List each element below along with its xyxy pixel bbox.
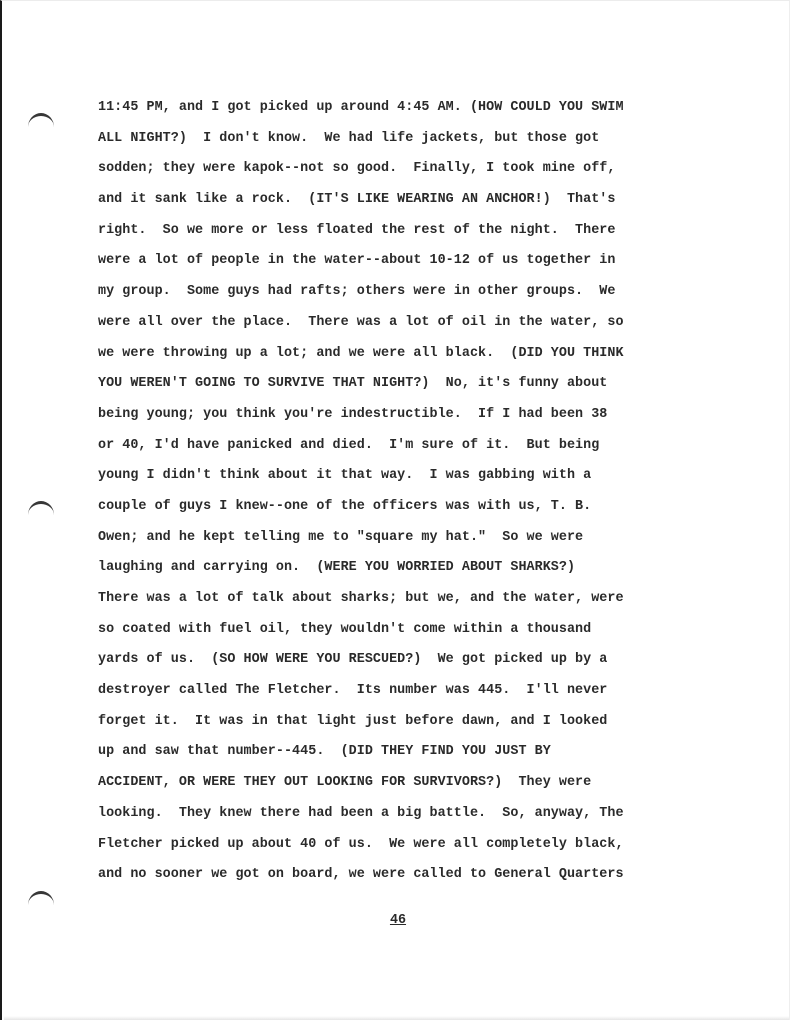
text-line: we were throwing up a lot; and we were a…	[98, 339, 718, 370]
document-page: 11:45 PM, and I got picked up around 4:4…	[0, 0, 790, 1020]
text-line: destroyer called The Fletcher. Its numbe…	[98, 676, 718, 707]
text-line: yards of us. (SO HOW WERE YOU RESCUED?) …	[98, 645, 718, 676]
text-line: couple of guys I knew--one of the office…	[98, 492, 718, 523]
page-number-text: 46	[388, 913, 406, 928]
text-line: Owen; and he kept telling me to "square …	[98, 523, 718, 554]
page-number: 46	[2, 913, 790, 928]
transcript-text: 11:45 PM, and I got picked up around 4:4…	[98, 93, 718, 891]
text-line: were a lot of people in the water--about…	[98, 246, 718, 277]
text-line: up and saw that number--445. (DID THEY F…	[98, 737, 718, 768]
text-line: 11:45 PM, and I got picked up around 4:4…	[98, 93, 718, 124]
text-line: being young; you think you're indestruct…	[98, 400, 718, 431]
text-line: and no sooner we got on board, we were c…	[98, 860, 718, 891]
text-line: right. So we more or less floated the re…	[98, 216, 718, 247]
text-line: There was a lot of talk about sharks; bu…	[98, 584, 718, 615]
hole-punch-mark-icon	[28, 501, 54, 515]
text-line: forget it. It was in that light just bef…	[98, 707, 718, 738]
text-line: laughing and carrying on. (WERE YOU WORR…	[98, 553, 718, 584]
text-line: ALL NIGHT?) I don't know. We had life ja…	[98, 124, 718, 155]
text-line: Fletcher picked up about 40 of us. We we…	[98, 830, 718, 861]
page-bottom-edge	[4, 1016, 789, 1020]
text-line: young I didn't think about it that way. …	[98, 461, 718, 492]
text-line: and it sank like a rock. (IT'S LIKE WEAR…	[98, 185, 718, 216]
text-line: sodden; they were kapok--not so good. Fi…	[98, 154, 718, 185]
hole-punch-mark-icon	[28, 891, 54, 905]
text-line: or 40, I'd have panicked and died. I'm s…	[98, 431, 718, 462]
text-line: so coated with fuel oil, they wouldn't c…	[98, 615, 718, 646]
text-line: my group. Some guys had rafts; others we…	[98, 277, 718, 308]
text-line: were all over the place. There was a lot…	[98, 308, 718, 339]
text-line: ACCIDENT, OR WERE THEY OUT LOOKING FOR S…	[98, 768, 718, 799]
text-line: looking. They knew there had been a big …	[98, 799, 718, 830]
hole-punch-mark-icon	[28, 113, 54, 127]
text-line: YOU WEREN'T GOING TO SURVIVE THAT NIGHT?…	[98, 369, 718, 400]
